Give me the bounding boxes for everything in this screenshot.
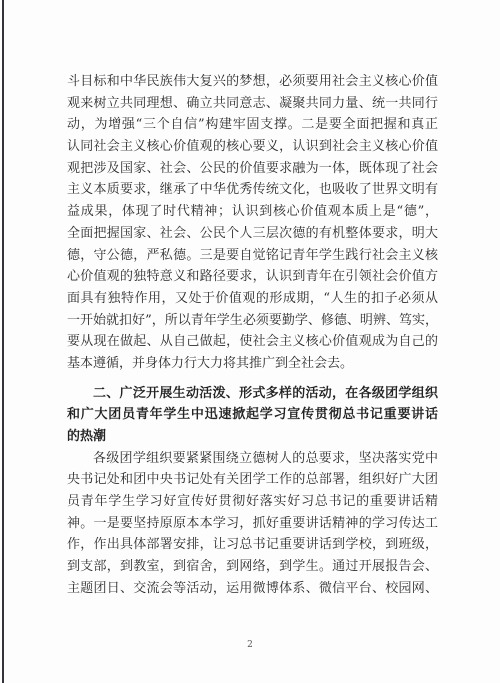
text-line: 心价值观的独特意义和路径要求，认识到青年在引领社会价值方 [67,266,438,288]
document-body: 斗目标和中华民族伟大复兴的梦想，必须要用社会主义核心价值观来树立共同理想、确立共… [67,71,438,600]
text-line: 斗目标和中华民族伟大复兴的梦想，必须要用社会主义核心价值 [67,71,438,93]
text-line: 德，守公德，严私德。三是要自觉铭记青年学生践行社会主义核 [67,245,438,267]
text-line: 观把涉及国家、社会、公民的价值要求融为一体，既体现了社会 [67,158,438,180]
text-line: 面具有独特作用，又处于价值观的形成期，“人生的扣子必须从 [67,288,438,310]
text-line: 央书记处和团中央书记处有关团学工作的总部署，组织好广大团 [67,469,438,491]
text-line: 作，作出具体部署安排，让习总书记重要讲话到学校，到班级， [67,534,438,556]
paragraph-2: 各级团学组织要紧紧围绕立德树人的总要求，坚决落实党中央书记处和团中央书记处有关团… [67,448,438,600]
page-number: 2 [0,640,500,650]
text-line: 主题团日、交流会等活动，运用微博体系、微信平台、校园网、 [67,578,438,600]
scan-edge-artifact [2,0,4,683]
scanned-document-page: 斗目标和中华民族伟大复兴的梦想，必须要用社会主义核心价值观来树立共同理想、确立共… [0,0,500,683]
text-line: 二、广泛开展生动活泼、形式多样的活动，在各级团学组织 [67,383,438,405]
paragraph-1: 斗目标和中华民族伟大复兴的梦想，必须要用社会主义核心价值观来树立共同理想、确立共… [67,71,438,375]
text-line: 主义本质要求，继承了中华优秀传统文化，也吸收了世界文明有 [67,179,438,201]
text-line: 神。一是要坚持原原本本学习，抓好重要讲话精神的学习传达工 [67,513,438,535]
text-line: 和广大团员青年学生中迅速掀起学习宣传贯彻总书记重要讲话 [67,404,438,426]
text-line: 全面把握国家、社会、公民个人三层次德的有机整体要求，明大 [67,223,438,245]
text-line: 一开始就扣好”，所以青年学生必须要勤学、修德、明辨、笃实， [67,310,438,332]
text-line: 动，为增强“三个自信”构建牢固支撑。二是要全面把握和真正 [67,114,438,136]
text-line: 各级团学组织要紧紧围绕立德树人的总要求，坚决落实党中 [67,448,438,470]
text-line: 要从现在做起、从自己做起，使社会主义核心价值观成为自己的 [67,331,438,353]
text-line: 员青年学生学习好宣传好贯彻好落实好习总书记的重要讲话精 [67,491,438,513]
text-line: 到支部，到教室，到宿舍，到网络，到学生。通过开展报告会、 [67,556,438,578]
text-line: 观来树立共同理想、确立共同意志、凝聚共同力量、统一共同行 [67,93,438,115]
text-line: 认同社会主义核心价值观的核心要义，认识到社会主义核心价值 [67,136,438,158]
section-heading-2: 二、广泛开展生动活泼、形式多样的活动，在各级团学组织和广大团员青年学生中迅速掀起… [67,383,438,448]
text-line: 的热潮 [67,426,438,448]
text-line: 基本遵循，并身体力行大力将其推广到全社会去。 [67,353,438,375]
text-line: 益成果，体现了时代精神；认识到核心价值观本质上是“德”， [67,201,438,223]
